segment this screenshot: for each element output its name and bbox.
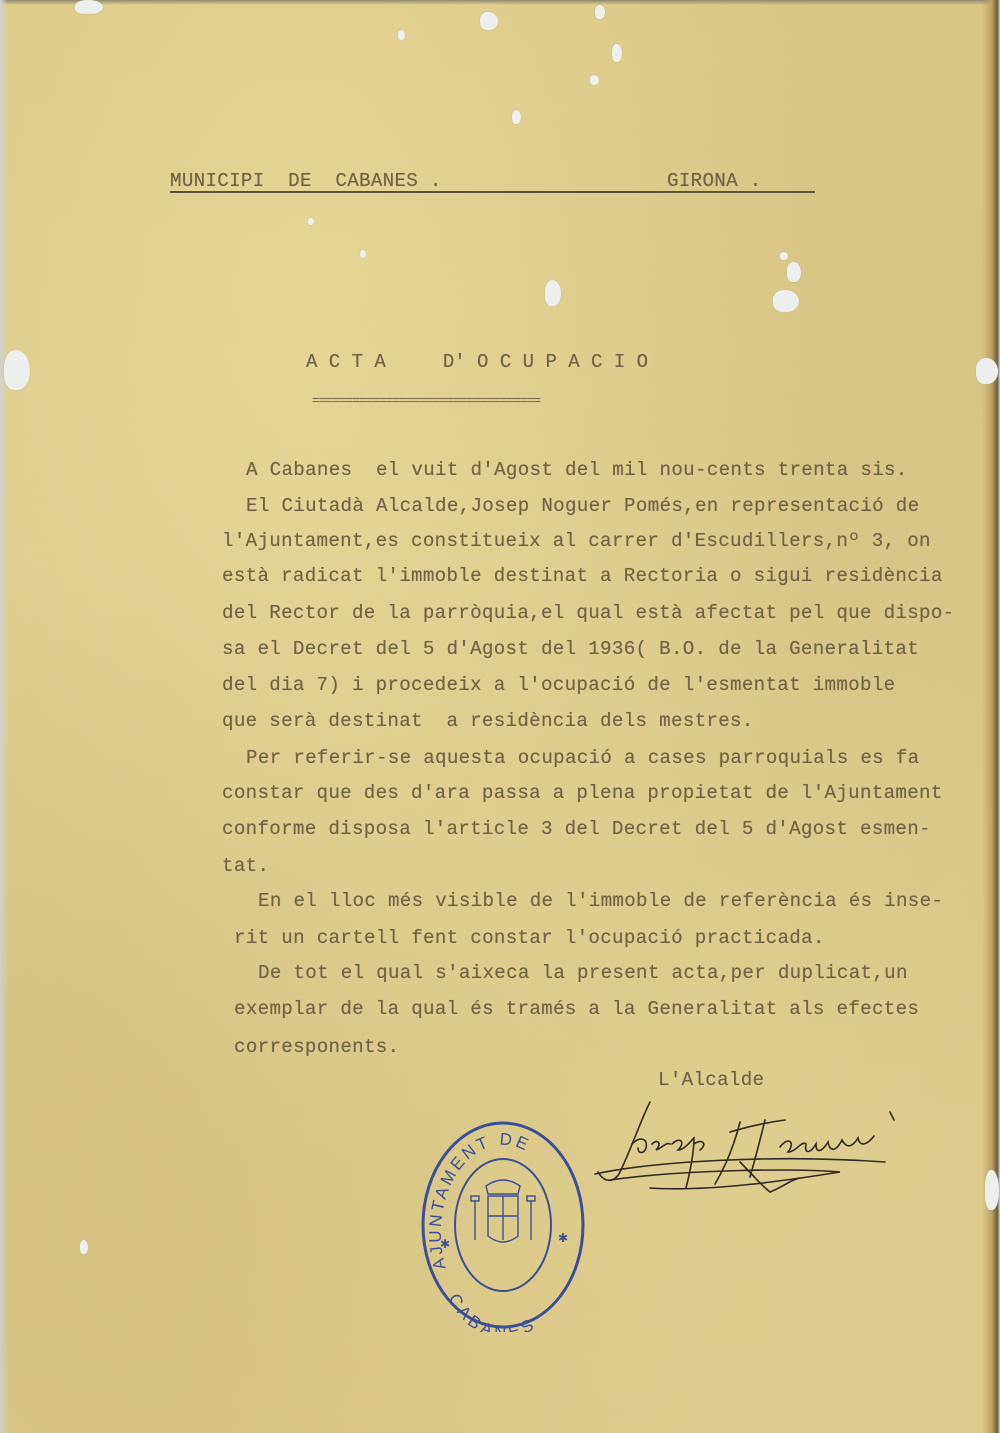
body-line: constar que des d'ara passa a plena prop… [222,782,943,804]
coat-of-arms-icon [471,1180,535,1242]
body-line: conforme disposa l'article 3 del Decret … [222,818,931,840]
body-line: està radicat l'immoble destinat a Rector… [222,565,943,587]
body-line: del Rector de la parròquia,el qual està … [222,602,955,624]
page-edge-left [0,0,8,1433]
body-line: del dia 7) i procedeix a l'ocupació de l… [222,674,895,696]
municipality-header: MUNICIPI DE CABANES . [170,170,442,192]
body-line: tat. [222,855,269,877]
body-line: A Cabanes el vuit d'Agost del mil nou-ce… [246,459,908,481]
body-line: sa el Decret del 5 d'Agost del 1936( B.O… [222,638,919,660]
body-line: l'Ajuntament,es constitueix al carrer d'… [222,530,931,552]
body-line: corresponents. [234,1036,399,1058]
document-title: A C T A D' O C U P A C I O [306,351,648,373]
svg-text:CABANES: CABANES [445,1290,541,1332]
page-edge-right [982,0,1000,1433]
body-line: que serà destinat a residència dels mest… [222,710,754,732]
title-underline: ================================== [312,393,540,408]
body-line: exemplar de la qual és tramés a la Gener… [234,998,919,1020]
svg-text:✱: ✱ [440,1237,450,1251]
stamp-bottom-text: CABANES [445,1290,541,1332]
handwritten-signature [590,1092,910,1202]
header-underline [170,191,815,193]
svg-text:✱: ✱ [558,1231,568,1245]
body-line: Per referir-se aquesta ocupació a cases … [246,747,919,769]
signatory-title: L'Alcalde [658,1069,764,1091]
body-line: rit un cartell fent constar l'ocupació p… [234,927,825,949]
body-line: El Ciutadà Alcalde,Josep Noguer Pomés,en… [246,495,919,517]
body-line: De tot el qual s'aixeca la present acta,… [258,962,908,984]
province-header: GIRONA . [667,170,762,192]
official-stamp: AJUNTAMENT DE CABANES ✱ ✱ [418,1118,588,1332]
page-edge-top [0,0,1000,5]
body-line: En el lloc més visible de l'immoble de r… [258,890,943,912]
